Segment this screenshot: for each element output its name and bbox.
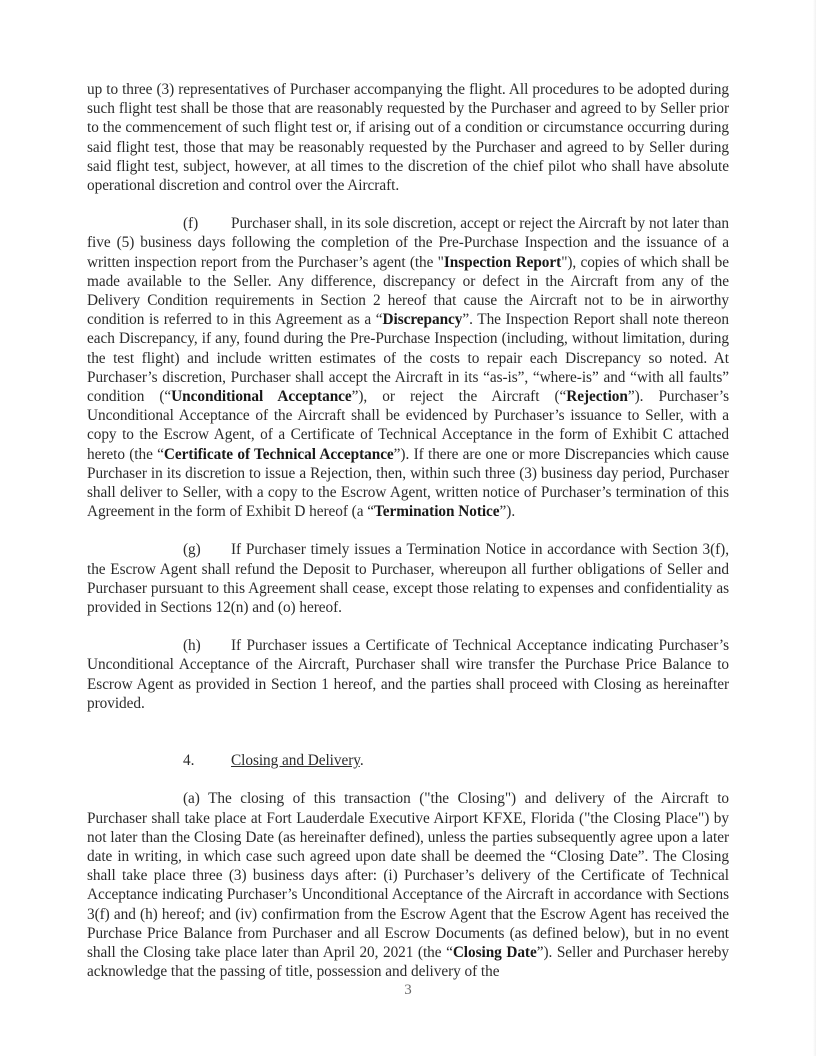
section-title: Closing and Delivery xyxy=(231,752,360,769)
defined-term-inspection-report: Inspection Report xyxy=(444,254,561,271)
paragraph-3g-refund: (g)If Purchaser timely issues a Terminat… xyxy=(87,540,729,617)
paragraph-4a-closing: (a) The closing of this transaction ("th… xyxy=(87,789,729,981)
paragraph-3h-wire-transfer: (h)If Purchaser issues a Certificate of … xyxy=(87,636,729,713)
document-body: up to three (3) representatives of Purch… xyxy=(87,80,729,981)
defined-term-certificate-of-technical-acceptance: Certificate of Technical Acceptance xyxy=(164,446,394,463)
defined-term-rejection: Rejection xyxy=(566,388,628,405)
page-number: 3 xyxy=(0,982,816,999)
section-number: 4. xyxy=(183,751,231,770)
text-run: (a) The closing of this transaction ("th… xyxy=(87,790,729,961)
defined-term-discrepancy: Discrepancy xyxy=(383,311,463,328)
paragraph-flight-test-continuation: up to three (3) representatives of Purch… xyxy=(87,80,729,195)
paragraph-3f-acceptance: (f)Purchaser shall, in its sole discreti… xyxy=(87,214,729,521)
clause-marker: (f) xyxy=(183,214,231,233)
section-heading-closing-and-delivery: 4.Closing and Delivery. xyxy=(87,751,729,770)
text-run: ”), or reject the Aircraft (“ xyxy=(352,388,567,405)
clause-marker: (h) xyxy=(183,636,231,655)
text-run: ”). xyxy=(500,503,516,520)
section-title-suffix: . xyxy=(360,752,364,769)
defined-term-unconditional-acceptance: Unconditional Acceptance xyxy=(171,388,351,405)
document-page: up to three (3) representatives of Purch… xyxy=(0,0,816,1056)
defined-term-termination-notice: Termination Notice xyxy=(374,503,500,520)
clause-marker: (g) xyxy=(183,540,231,559)
defined-term-closing-date: Closing Date xyxy=(453,944,537,961)
